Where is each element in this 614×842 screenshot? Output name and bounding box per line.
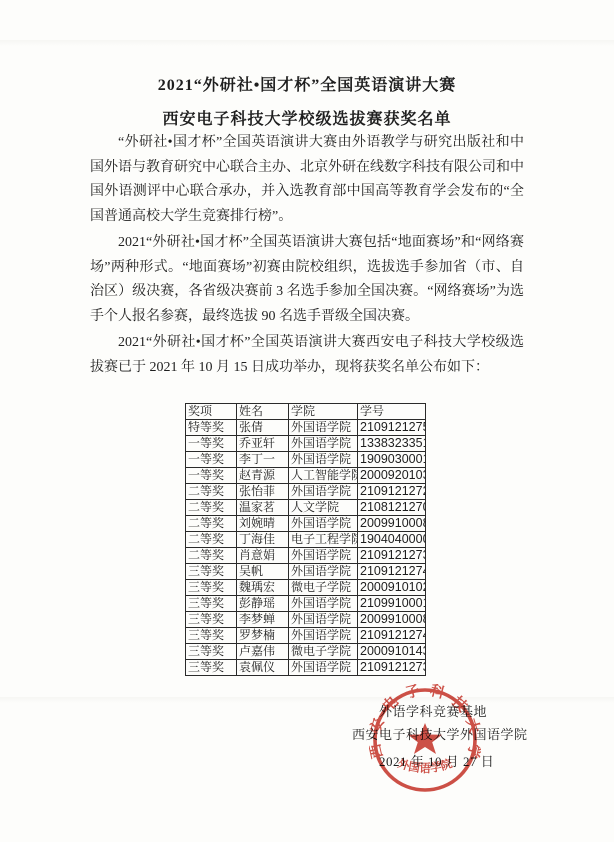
table-row: 二等奖张怡菲外国语学院21091212729 xyxy=(186,484,426,500)
student-id-cell: 21091212753 xyxy=(358,420,426,436)
header-name: 姓名 xyxy=(237,404,289,420)
name-cell: 袁佩仪 xyxy=(237,660,289,676)
table-row: 三等奖彭静瑶外国语学院21099100016 xyxy=(186,596,426,612)
award-cell: 三等奖 xyxy=(186,612,237,628)
college-cell: 外国语学院 xyxy=(289,548,358,564)
table-row: 二等奖肖意娟外国语学院21091212730 xyxy=(186,548,426,564)
award-cell: 三等奖 xyxy=(186,580,237,596)
award-cell: 三等奖 xyxy=(186,644,237,660)
college-cell: 外国语学院 xyxy=(289,628,358,644)
student-id-cell: 21091212729 xyxy=(358,484,426,500)
student-id-cell: 20009201034 xyxy=(358,468,426,484)
paragraph-intro: “外研社•国才杯”全国英语演讲大赛由外语教学与研究出版社和中国外语与教育研究中心… xyxy=(90,131,524,229)
seal-bottom-text: 外国语学院 xyxy=(396,756,454,775)
college-cell: 外国语学院 xyxy=(289,564,358,580)
award-cell: 二等奖 xyxy=(186,500,237,516)
table-row: 二等奖温家茗人文学院21081212703 xyxy=(186,500,426,516)
award-cell: 一等奖 xyxy=(186,452,237,468)
student-id-cell: 20009101434 xyxy=(358,644,426,660)
award-cell: 三等奖 xyxy=(186,660,237,676)
svg-text:西安电子科技大学: 西安电子科技大学 xyxy=(369,684,481,761)
student-id-cell: 20099100083 xyxy=(358,516,426,532)
name-cell: 彭静瑶 xyxy=(237,596,289,612)
seal-ring-text: 西安电子科技大学 xyxy=(369,684,481,761)
name-cell: 李丁一 xyxy=(237,452,289,468)
name-cell: 吴帆 xyxy=(237,564,289,580)
college-cell: 微电子学院 xyxy=(289,644,358,660)
college-cell: 外国语学院 xyxy=(289,660,358,676)
student-id-cell: 21091212730 xyxy=(358,548,426,564)
seal-star-icon xyxy=(408,723,442,754)
header-award: 奖项 xyxy=(186,404,237,420)
student-id-cell: 19090300014 xyxy=(358,452,426,468)
college-cell: 人文学院 xyxy=(289,500,358,516)
award-cell: 二等奖 xyxy=(186,484,237,500)
college-cell: 外国语学院 xyxy=(289,484,358,500)
student-id-cell: 21091212731 xyxy=(358,660,426,676)
name-cell: 温家茗 xyxy=(237,500,289,516)
college-cell: 外国语学院 xyxy=(289,420,358,436)
scan-artifact xyxy=(0,697,614,703)
table-row: 三等奖袁佩仪外国语学院21091212731 xyxy=(186,660,426,676)
name-cell: 乔亚轩 xyxy=(237,436,289,452)
college-cell: 电子工程学院 xyxy=(289,532,358,548)
student-id-cell: 21099100016 xyxy=(358,596,426,612)
document-page: 2021“外研社•国才杯”全国英语演讲大赛 西安电子科技大学校级选拔赛获奖名单 … xyxy=(0,0,614,842)
official-seal: 西安电子科技大学 外国语学院 xyxy=(369,684,481,796)
student-id-cell: 20099100087 xyxy=(358,612,426,628)
table-row: 三等奖罗梦楠外国语学院21091212740 xyxy=(186,628,426,644)
name-cell: 赵青源 xyxy=(237,468,289,484)
college-cell: 外国语学院 xyxy=(289,596,358,612)
table-row: 二等奖刘婉晴外国语学院20099100083 xyxy=(186,516,426,532)
name-cell: 罗梦楠 xyxy=(237,628,289,644)
table-row: 一等奖李丁一外国语学院19090300014 xyxy=(186,452,426,468)
document-title-line1: 2021“外研社•国才杯”全国英语演讲大赛 xyxy=(0,72,614,95)
award-cell: 一等奖 xyxy=(186,468,237,484)
table-row: 三等奖李梦蝉外国语学院20099100087 xyxy=(186,612,426,628)
table-row: 三等奖卢嘉伟微电子学院20009101434 xyxy=(186,644,426,660)
award-cell: 二等奖 xyxy=(186,532,237,548)
name-cell: 张倩 xyxy=(237,420,289,436)
paragraph-announcement: 2021“外研社•国才杯”全国英语演讲大赛西安电子科技大学校级选拔赛已于 202… xyxy=(90,331,524,380)
college-cell: 外国语学院 xyxy=(289,612,358,628)
table-row: 一等奖赵青源人工智能学院20009201034 xyxy=(186,468,426,484)
name-cell: 李梦蝉 xyxy=(237,612,289,628)
svg-text:外国语学院: 外国语学院 xyxy=(396,756,454,775)
table-row: 特等奖张倩外国语学院21091212753 xyxy=(186,420,426,436)
scan-artifact xyxy=(0,40,614,46)
student-id-cell: 19040400006 xyxy=(358,532,426,548)
college-cell: 外国语学院 xyxy=(289,452,358,468)
award-table-body: 特等奖张倩外国语学院21091212753一等奖乔亚轩外国语学院13383233… xyxy=(186,420,426,676)
college-cell: 微电子学院 xyxy=(289,580,358,596)
college-cell: 人工智能学院 xyxy=(289,468,358,484)
paragraph-format: 2021“外研社•国才杯”全国英语演讲大赛包括“地面赛场”和“网络赛场”两种形式… xyxy=(90,231,524,329)
award-cell: 一等奖 xyxy=(186,436,237,452)
student-id-cell: 21091212742 xyxy=(358,564,426,580)
college-cell: 外国语学院 xyxy=(289,516,358,532)
award-cell: 二等奖 xyxy=(186,548,237,564)
table-header-row: 奖项 姓名 学院 学号 xyxy=(186,404,426,420)
award-cell: 三等奖 xyxy=(186,628,237,644)
college-cell: 外国语学院 xyxy=(289,436,358,452)
award-table: 奖项 姓名 学院 学号 特等奖张倩外国语学院21091212753一等奖乔亚轩外… xyxy=(185,403,426,676)
student-id-cell: 13383233513 xyxy=(358,436,426,452)
table-row: 二等奖丁海佳电子工程学院19040400006 xyxy=(186,532,426,548)
name-cell: 卢嘉伟 xyxy=(237,644,289,660)
name-cell: 魏瑀宏 xyxy=(237,580,289,596)
document-title-line2: 西安电子科技大学校级选拔赛获奖名单 xyxy=(0,106,614,129)
name-cell: 刘婉晴 xyxy=(237,516,289,532)
header-student-id: 学号 xyxy=(358,404,426,420)
name-cell: 丁海佳 xyxy=(237,532,289,548)
table-row: 三等奖吴帆外国语学院21091212742 xyxy=(186,564,426,580)
table-row: 一等奖乔亚轩外国语学院13383233513 xyxy=(186,436,426,452)
name-cell: 张怡菲 xyxy=(237,484,289,500)
award-cell: 二等奖 xyxy=(186,516,237,532)
student-id-cell: 21081212703 xyxy=(358,500,426,516)
header-college: 学院 xyxy=(289,404,358,420)
student-id-cell: 21091212740 xyxy=(358,628,426,644)
award-cell: 三等奖 xyxy=(186,596,237,612)
table-row: 三等奖魏瑀宏微电子学院20009101022 xyxy=(186,580,426,596)
award-cell: 特等奖 xyxy=(186,420,237,436)
student-id-cell: 20009101022 xyxy=(358,580,426,596)
document-body: “外研社•国才杯”全国英语演讲大赛由外语教学与研究出版社和中国外语与教育研究中心… xyxy=(90,131,524,382)
award-cell: 三等奖 xyxy=(186,564,237,580)
name-cell: 肖意娟 xyxy=(237,548,289,564)
